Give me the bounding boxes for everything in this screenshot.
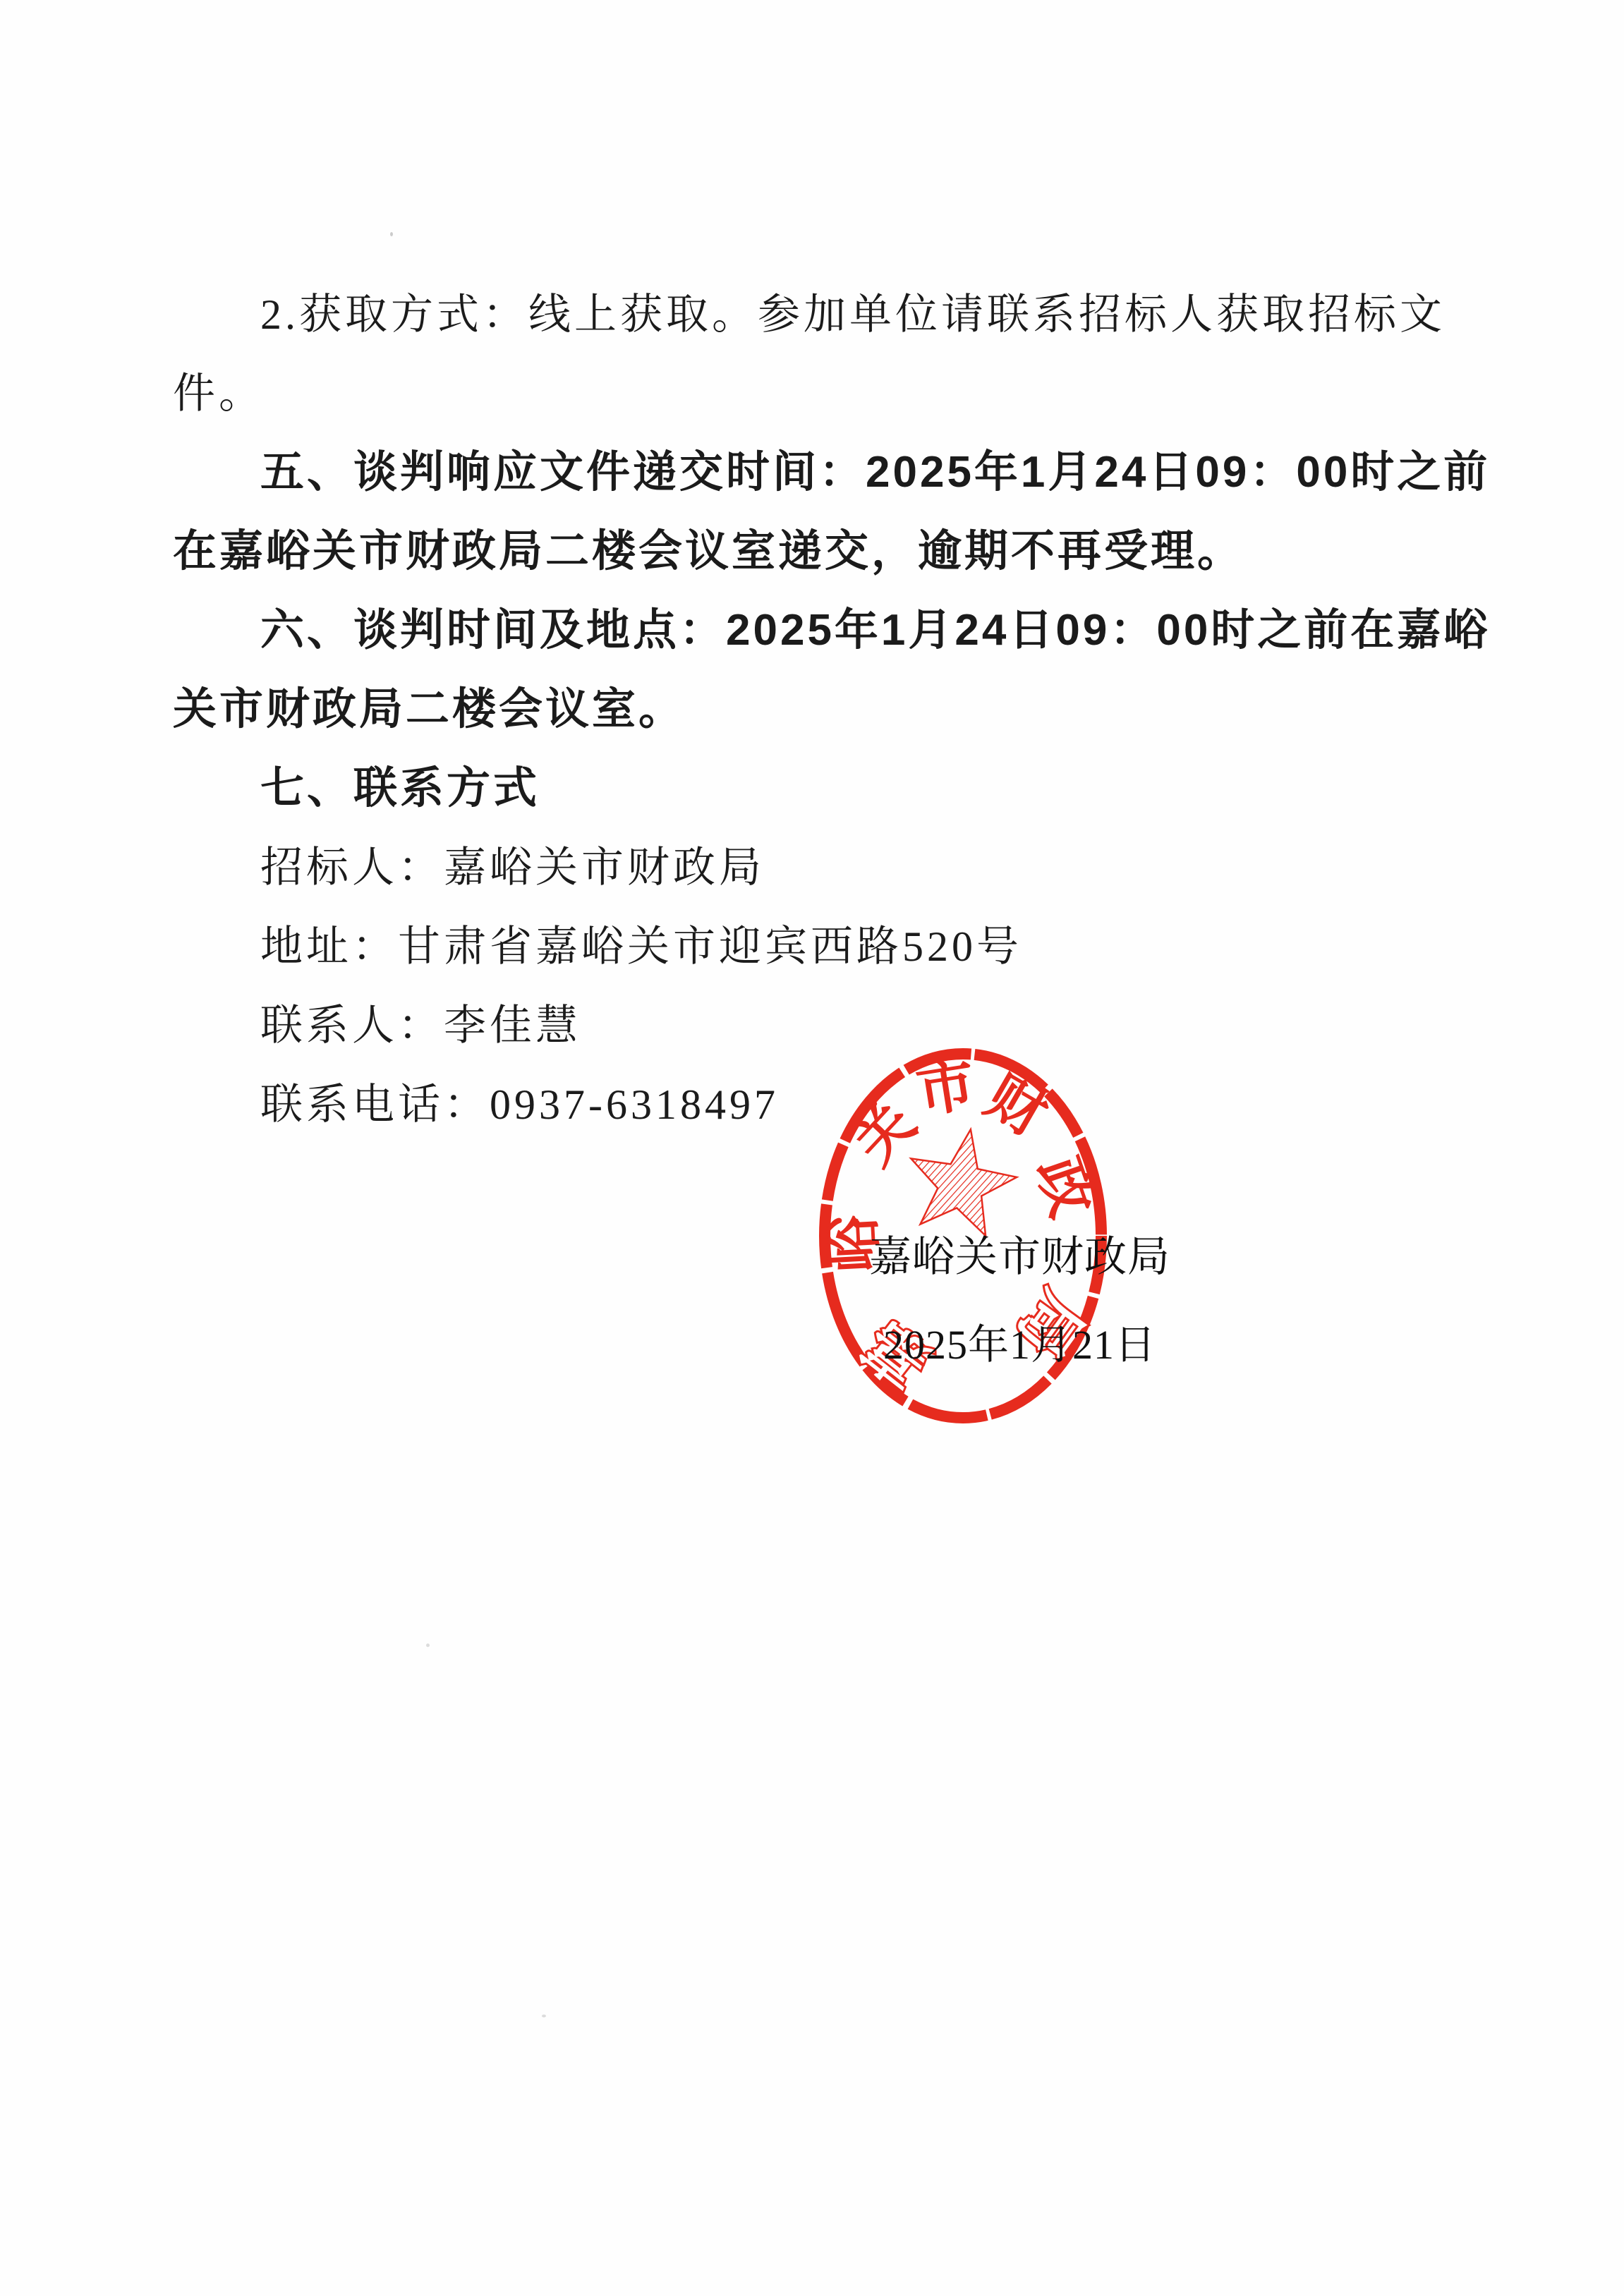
doc-line-acquisition-method: 2.获取方式：线上获取。参加单位请联系招标人获取招标文 — [173, 275, 1464, 354]
doc-line-address: 地址：甘肃省嘉峪关市迎宾西路520号 — [173, 907, 1464, 986]
doc-line-acquisition-wrap: 件。 — [173, 354, 1464, 433]
doc-line-contact-heading: 七、联系方式 — [173, 749, 1464, 828]
seal-ring-char: 市 — [912, 1052, 979, 1125]
doc-line-submission-time: 五、谈判响应文件递交时间：2025年1月24日09：00时之前 — [173, 433, 1464, 512]
doc-line-negotiation-wrap: 关市财政局二楼会议室。 — [173, 670, 1464, 749]
scan-speck — [542, 2015, 546, 2017]
doc-line-submission-wrap: 在嘉峪关市财政局二楼会议室递交，逾期不再受理。 — [173, 512, 1464, 591]
signature-date: 2025年1月21日 — [883, 1323, 1156, 1367]
doc-line-tenderer: 招标人：嘉峪关市财政局 — [173, 828, 1464, 907]
doc-line-negotiation-time: 六、谈判时间及地点：2025年1月24日09：00时之前在嘉峪 — [173, 591, 1464, 670]
scan-speck — [390, 232, 393, 236]
scan-speck — [426, 1644, 430, 1647]
document-body: 2.获取方式：线上获取。参加单位请联系招标人获取招标文 件。 五、谈判响应文件递… — [173, 275, 1464, 1144]
scanned-document-page: 2.获取方式：线上获取。参加单位请联系招标人获取招标文 件。 五、谈判响应文件递… — [0, 0, 1624, 2296]
signature-organization: 嘉峪关市财政局 — [869, 1234, 1170, 1280]
seal-ring-char: 财 — [976, 1064, 1058, 1148]
